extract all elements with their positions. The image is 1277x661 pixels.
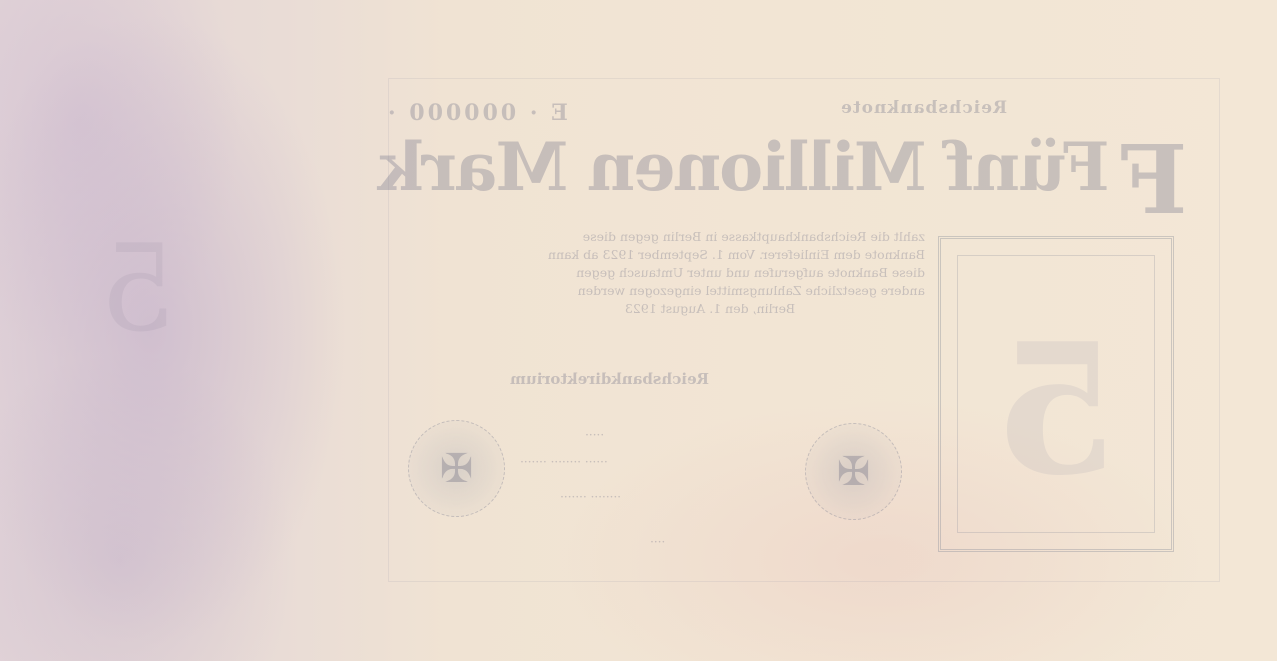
right-seal: ✠ (805, 423, 902, 520)
denomination-text: Fünf Millionen Mark (380, 128, 1110, 206)
eagle-seal-icon: ✠ (837, 449, 871, 495)
initial-glyph: F (1120, 125, 1187, 236)
serial-number: E · 000000 · (385, 100, 568, 126)
signature-line: ···· (650, 535, 665, 549)
promise-line: diese Banknote aufgerufen und unter Umta… (495, 264, 925, 282)
signature-line: ········ ······· (560, 490, 621, 504)
watermark-numeral: 5 (993, 304, 1118, 515)
promise-line: andere gesetzliche Zahlungsmittel eingez… (495, 282, 925, 300)
banknote-reverse: 5 E · 000000 · Reichsbanknote Fünf Milli… (0, 0, 1277, 661)
promise-text: zahlt die Reichsbankhauptkasse in Berlin… (495, 228, 925, 318)
watermark-panel: 5 (938, 236, 1174, 552)
eagle-seal-icon: ✠ (440, 446, 474, 492)
left-underprint-ghost: 5 (100, 220, 176, 359)
signature-line: ····· (585, 428, 604, 442)
denomination-title: Fünf Millionen Mark (380, 128, 1110, 206)
promise-line: Banknote dem Einlieferer. Vom 1. Septemb… (495, 246, 925, 264)
left-seal: ✠ (408, 420, 505, 517)
signature-line: ······ ········ ······· (520, 455, 608, 469)
bank-label: Reichsbanknote (840, 98, 1007, 118)
promise-line: Berlin, den 1. August 1923 (495, 300, 925, 318)
bank-label-text: Reichsbanknote (840, 98, 1007, 118)
issuer-label: Reichsbankdirektorium (510, 370, 709, 388)
promise-line: zahlt die Reichsbankhauptkasse in Berlin… (495, 228, 925, 246)
serial-number-text: E · 000000 · (385, 100, 568, 126)
